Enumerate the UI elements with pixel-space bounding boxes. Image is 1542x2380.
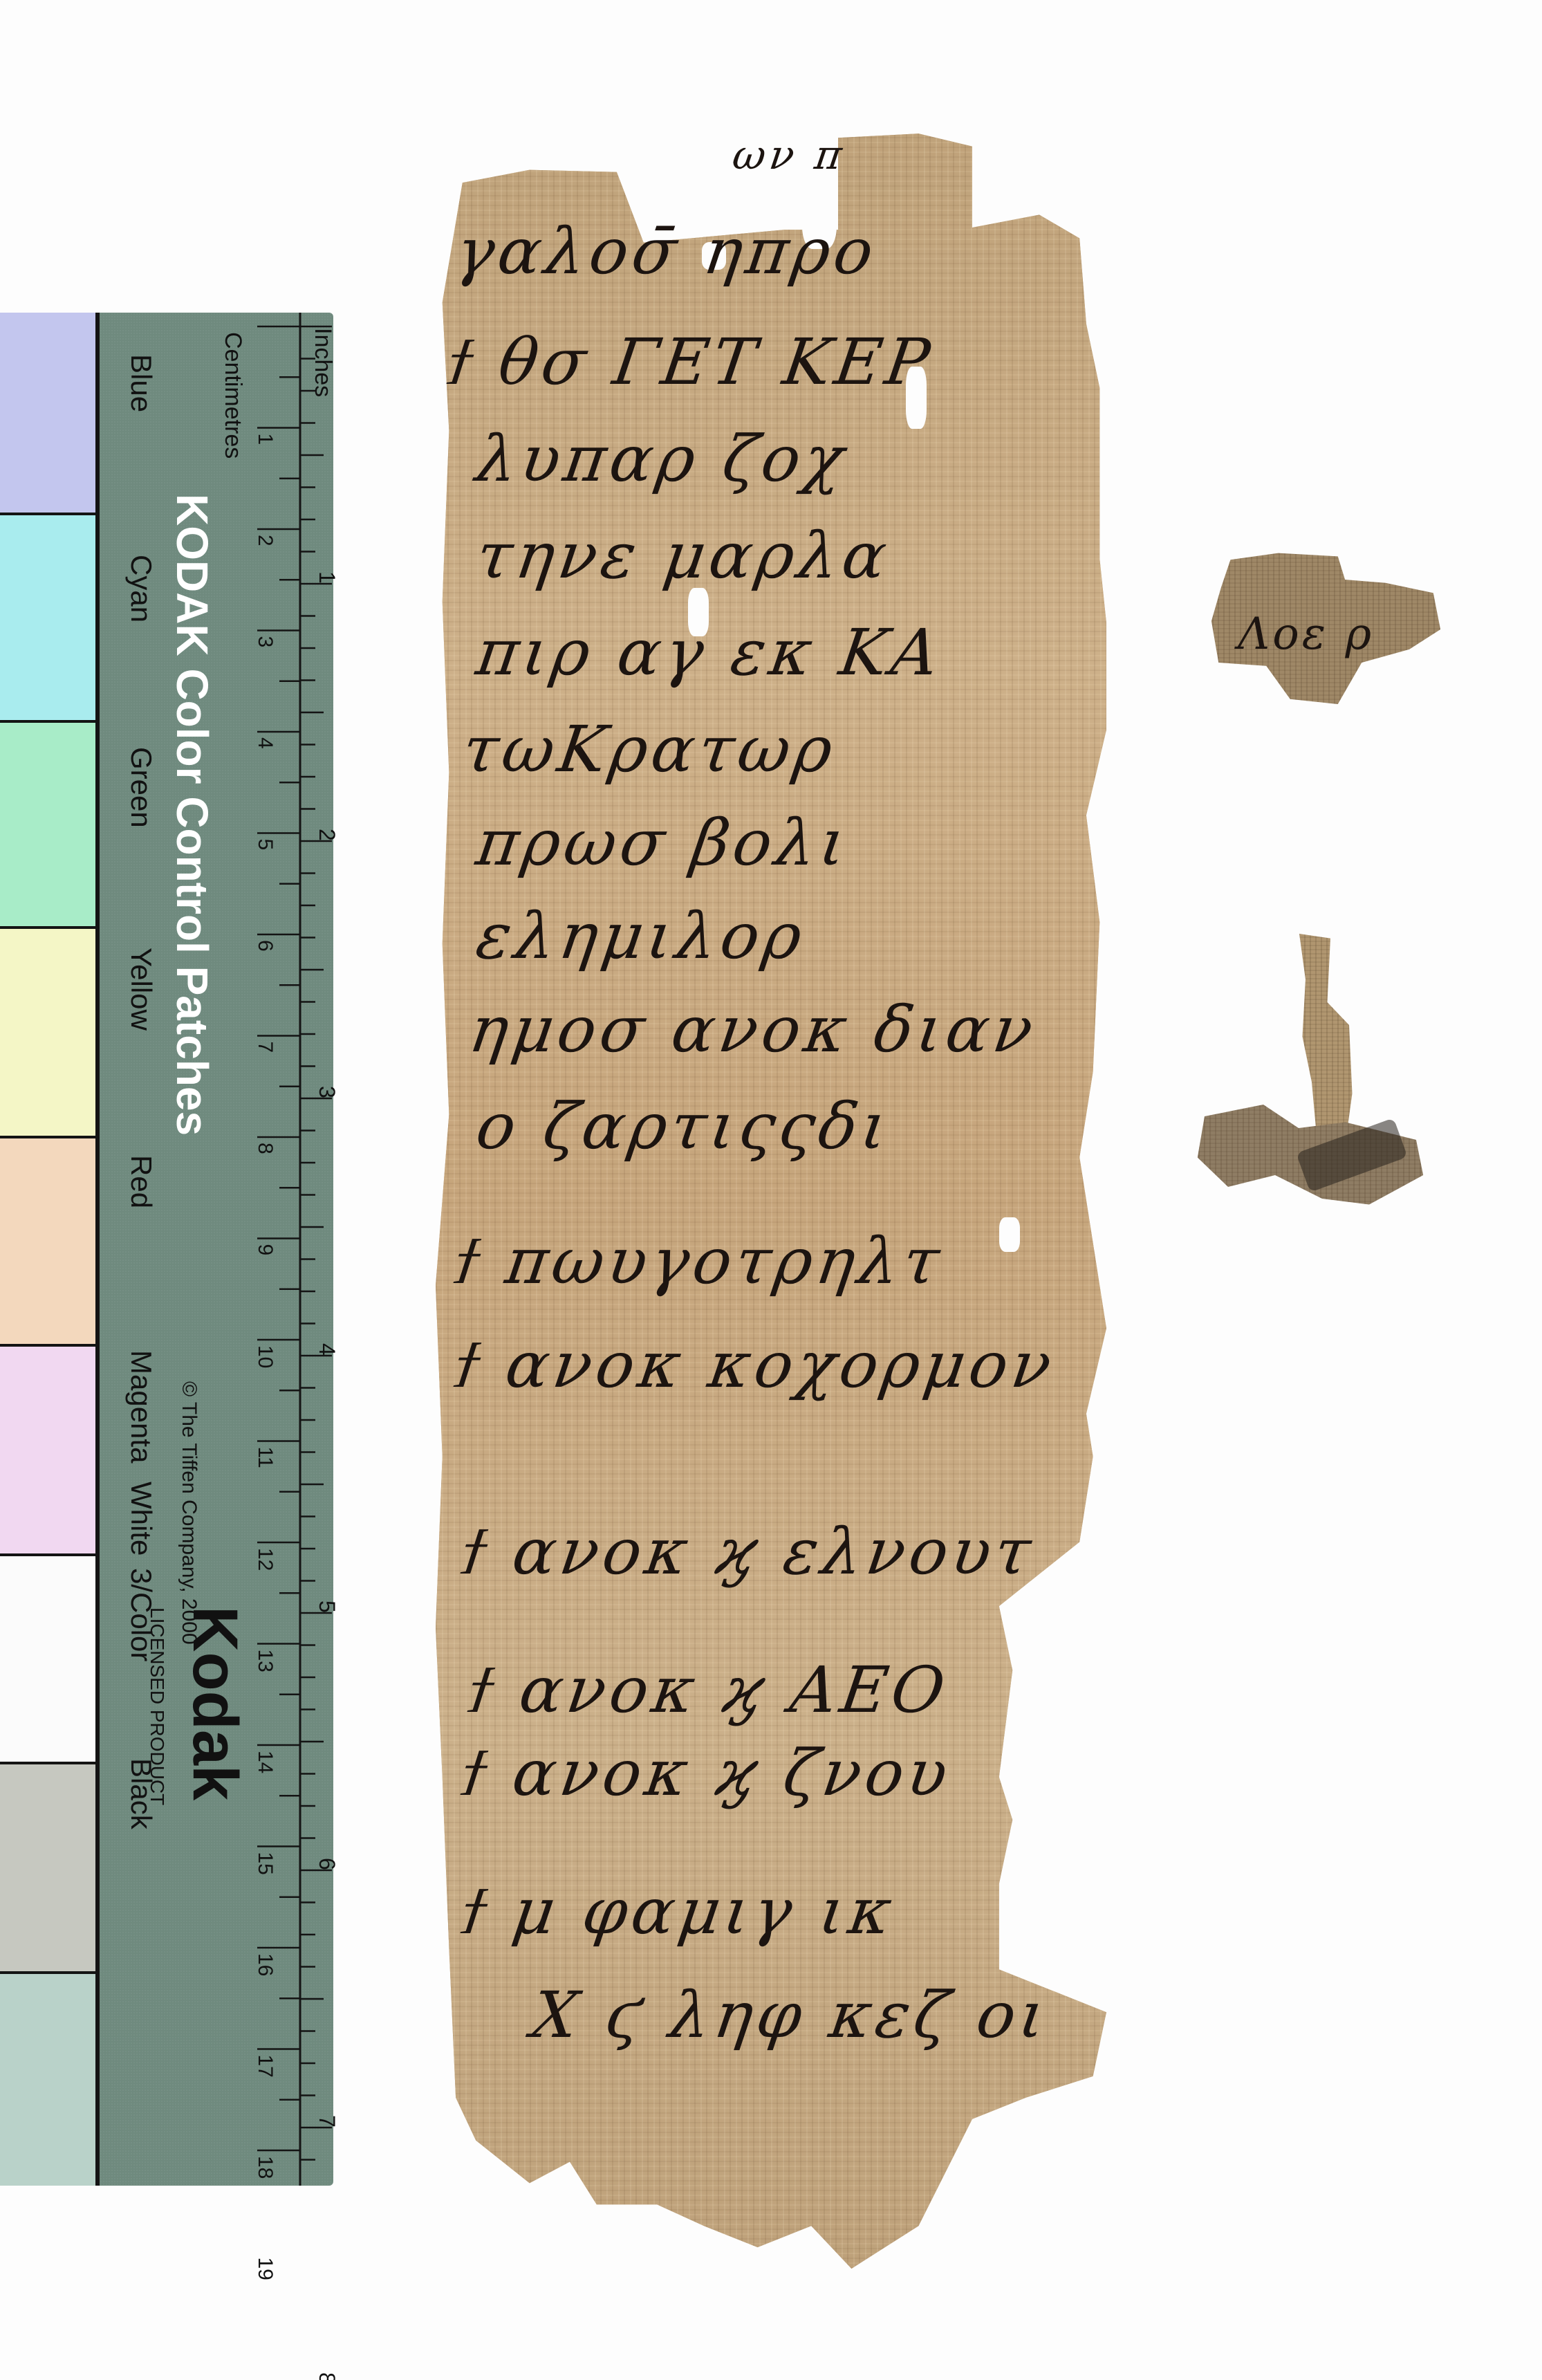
papyrus-text-line: Χ ϛ ληφ κεζ οι	[527, 1978, 1054, 2052]
fragment-text: Λοε ρ	[1238, 609, 1374, 660]
papyrus-text-line: ημοσ ανοκ διαν	[465, 993, 1041, 1067]
inch-tick-label: 1	[315, 571, 340, 584]
papyrus-text-line: τηνε μαρλα	[472, 519, 895, 593]
patch-label-yellow: Yellow	[125, 948, 158, 1031]
color-patch-blue	[0, 313, 97, 515]
cm-tick-label: 9	[254, 1244, 277, 1256]
cm-tick-label: 3	[254, 636, 277, 648]
patch-label-cyan: Cyan	[125, 555, 158, 622]
cm-tick-label: 10	[254, 1345, 277, 1368]
papyrus-text-line: πιρ αγ εκ ΚΑ	[472, 616, 947, 690]
inch-ticks: 12345678	[300, 326, 340, 2380]
cm-tick-label: 17	[254, 2055, 277, 2078]
inch-tick-label: 4	[315, 1343, 340, 1356]
patch-label-3color: 3/Color	[125, 1568, 158, 1661]
cm-tick-label: 8	[254, 1143, 277, 1154]
papyrus-text-line: ων π	[730, 131, 849, 178]
inch-tick-label: 6	[315, 1858, 340, 1870]
cm-tick-label: 2	[254, 535, 277, 546]
cm-tick-label: 16	[254, 1953, 277, 1976]
cm-tick-label: 1	[254, 434, 277, 445]
patch-label-red: Red	[125, 1155, 158, 1208]
patch-label-black: Black	[125, 1758, 158, 1830]
papyrus-text-line: ϯ θσ ΓΕΤ ΚΕΡ	[444, 325, 938, 399]
cm-tick-label: 12	[254, 1548, 277, 1571]
color-patch-3color	[0, 1764, 97, 1974]
color-patch-white	[0, 1556, 97, 1764]
papyrus-text-line: ο ζαρτιςςδι	[472, 1089, 895, 1163]
papyrus-text-line: γαλοσ̄ ηπρο	[451, 214, 882, 288]
color-patch-magenta	[0, 1347, 97, 1556]
color-patch-yellow	[0, 929, 97, 1138]
kodak-logo: Kodak	[180, 1606, 250, 1801]
cm-tick-label: 11	[254, 1447, 277, 1468]
inches-label: Inches	[310, 328, 336, 397]
papyrus-text-line: ϯ μ φαμιγ ικ	[458, 1874, 900, 1948]
cm-tick-label: 15	[254, 1852, 277, 1875]
papyrus-text-line: ελημιλορ	[472, 899, 810, 973]
patch-label-white: White	[125, 1482, 158, 1556]
centimetres-label: Centimetres	[220, 332, 246, 459]
ruler-and-labels: 12345678 12345678910111213141516171819 I…	[95, 313, 333, 2186]
color-patch-red	[0, 1138, 97, 1347]
cm-tick-label: 7	[254, 1042, 277, 1053]
color-patch-column	[0, 313, 97, 2186]
papyrus-main-fragment: ων πγαλοσ̄ ηπροϯ θσ ΓΕΤ ΚΕΡλυπαρ ζοχτηνε…	[436, 131, 1106, 2269]
inch-tick-label: 5	[315, 1600, 340, 1613]
cm-tick-label: 6	[254, 940, 277, 952]
inch-tick-label: 2	[315, 829, 340, 841]
inch-tick-label: 8	[315, 2372, 340, 2380]
cm-tick-label: 5	[254, 839, 277, 851]
cm-tick-label: 18	[254, 2156, 277, 2179]
papyrus-hole	[999, 1217, 1020, 1252]
papyrus-text-line: ϯ ανοκ ϗ ελνουτ	[458, 1515, 1039, 1589]
kodak-color-control-strip: 12345678 12345678910111213141516171819 I…	[0, 313, 333, 2186]
cm-tick-label: 14	[254, 1751, 277, 1773]
color-patch-black	[0, 1974, 97, 2186]
papyrus-text-line: πρωσ βολι	[472, 806, 855, 880]
papyrus-text-line: ϯ πωυγοτρηλτ	[451, 1224, 948, 1298]
patch-label-blue: Blue	[125, 354, 158, 412]
inch-tick-label: 3	[315, 1086, 340, 1098]
centimetre-ticks: 12345678910111213141516171819	[254, 326, 300, 2280]
papyrus-text-line: ϯ ανοκ κοχορμον	[451, 1328, 1060, 1402]
inch-tick-label: 7	[315, 2115, 340, 2128]
color-patch-green	[0, 723, 97, 929]
papyrus-text-line: ϯ ανοκ ϗ ΑΕΟ	[465, 1653, 953, 1727]
patch-label-magenta: Magenta	[125, 1350, 158, 1464]
patch-labels: Blue Cyan Green Yellow Red Magenta White…	[125, 354, 158, 1830]
cm-tick-label: 4	[254, 737, 277, 749]
cm-tick-label: 19	[254, 2258, 277, 2280]
cm-tick-label: 13	[254, 1650, 277, 1672]
patch-label-green: Green	[125, 747, 158, 828]
brand-title: KODAK Color Control Patches	[167, 494, 217, 1136]
papyrus-text-line: λυπαρ ζοχ	[472, 422, 852, 496]
papyrus-text-line: τωΚρατωρ	[458, 712, 841, 786]
copyright-text: © The Tiffen Company, 2000	[178, 1381, 201, 1645]
color-patch-cyan	[0, 515, 97, 723]
papyrus-text-line: ϯ ανοκ ϗ ζνου	[458, 1736, 956, 1810]
